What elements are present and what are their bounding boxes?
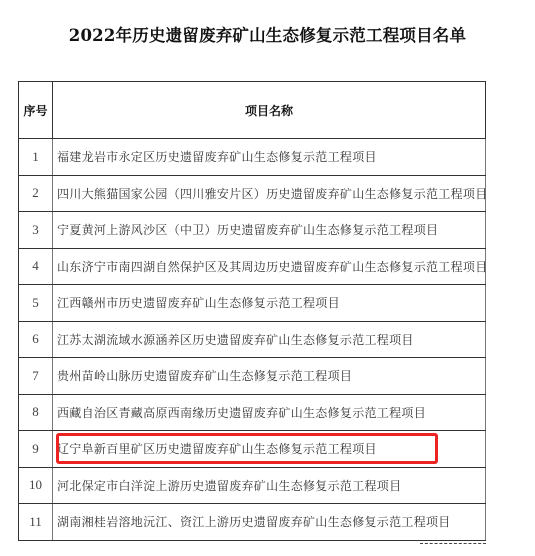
header-project-name: 项目名称	[53, 82, 486, 139]
project-name: 湖南湘桂岩溶地沅江、资江上游历史遗留废弃矿山生态修复示范工程项目	[53, 504, 486, 541]
row-number: 3	[19, 212, 53, 249]
table-row: 11湖南湘桂岩溶地沅江、资江上游历史遗留废弃矿山生态修复示范工程项目	[19, 504, 486, 541]
project-name: 辽宁阜新百里矿区历史遗留废弃矿山生态修复示范工程项目	[53, 431, 486, 468]
project-table: 序号 项目名称 1福建龙岩市永定区历史遗留废弃矿山生态修复示范工程项目 2四川大…	[18, 81, 486, 541]
row-number: 1	[19, 139, 53, 176]
project-name: 西藏自治区青藏高原西南缘历史遗留废弃矿山生态修复示范工程项目	[53, 394, 486, 431]
table-row: 5江西赣州市历史遗留废弃矿山生态修复示范工程项目	[19, 285, 486, 322]
header-serial-number: 序号	[19, 82, 53, 139]
table-row: 1福建龙岩市永定区历史遗留废弃矿山生态修复示范工程项目	[19, 139, 486, 176]
row-number: 4	[19, 248, 53, 285]
project-name: 贵州苗岭山脉历史遗留废弃矿山生态修复示范工程项目	[53, 358, 486, 395]
project-name: 宁夏黄河上游风沙区（中卫）历史遗留废弃矿山生态修复示范工程项目	[53, 212, 486, 249]
table-row: 8西藏自治区青藏高原西南缘历史遗留废弃矿山生态修复示范工程项目	[19, 394, 486, 431]
row-number: 2	[19, 175, 53, 212]
table-header-row: 序号 项目名称	[19, 82, 486, 139]
table-row: 2四川大熊猫国家公园（四川雅安片区）历史遗留废弃矿山生态修复示范工程项目	[19, 175, 486, 212]
row-number: 11	[19, 504, 53, 541]
table-row-highlighted: 9辽宁阜新百里矿区历史遗留废弃矿山生态修复示范工程项目	[19, 431, 486, 468]
watermark-artifact	[420, 543, 486, 544]
table-row: 3宁夏黄河上游风沙区（中卫）历史遗留废弃矿山生态修复示范工程项目	[19, 212, 486, 249]
row-number: 8	[19, 394, 53, 431]
table-row: 6江苏太湖流域水源涵养区历史遗留废弃矿山生态修复示范工程项目	[19, 321, 486, 358]
row-number: 9	[19, 431, 53, 468]
table-row: 4山东济宁市南四湖自然保护区及其周边历史遗留废弃矿山生态修复示范工程项目	[19, 248, 486, 285]
project-name: 四川大熊猫国家公园（四川雅安片区）历史遗留废弃矿山生态修复示范工程项目	[53, 175, 486, 212]
project-name: 福建龙岩市永定区历史遗留废弃矿山生态修复示范工程项目	[53, 139, 486, 176]
row-number: 10	[19, 467, 53, 504]
row-number: 6	[19, 321, 53, 358]
project-name: 山东济宁市南四湖自然保护区及其周边历史遗留废弃矿山生态修复示范工程项目	[53, 248, 486, 285]
row-number: 7	[19, 358, 53, 395]
row-number: 5	[19, 285, 53, 322]
project-name: 江苏太湖流域水源涵养区历史遗留废弃矿山生态修复示范工程项目	[53, 321, 486, 358]
document-title: 2022年历史遗留废弃矿山生态修复示范工程项目名单	[0, 22, 535, 46]
project-name: 江西赣州市历史遗留废弃矿山生态修复示范工程项目	[53, 285, 486, 322]
project-name: 河北保定市白洋淀上游历史遗留废弃矿山生态修复示范工程项目	[53, 467, 486, 504]
table-row: 7贵州苗岭山脉历史遗留废弃矿山生态修复示范工程项目	[19, 358, 486, 395]
table-row: 10河北保定市白洋淀上游历史遗留废弃矿山生态修复示范工程项目	[19, 467, 486, 504]
